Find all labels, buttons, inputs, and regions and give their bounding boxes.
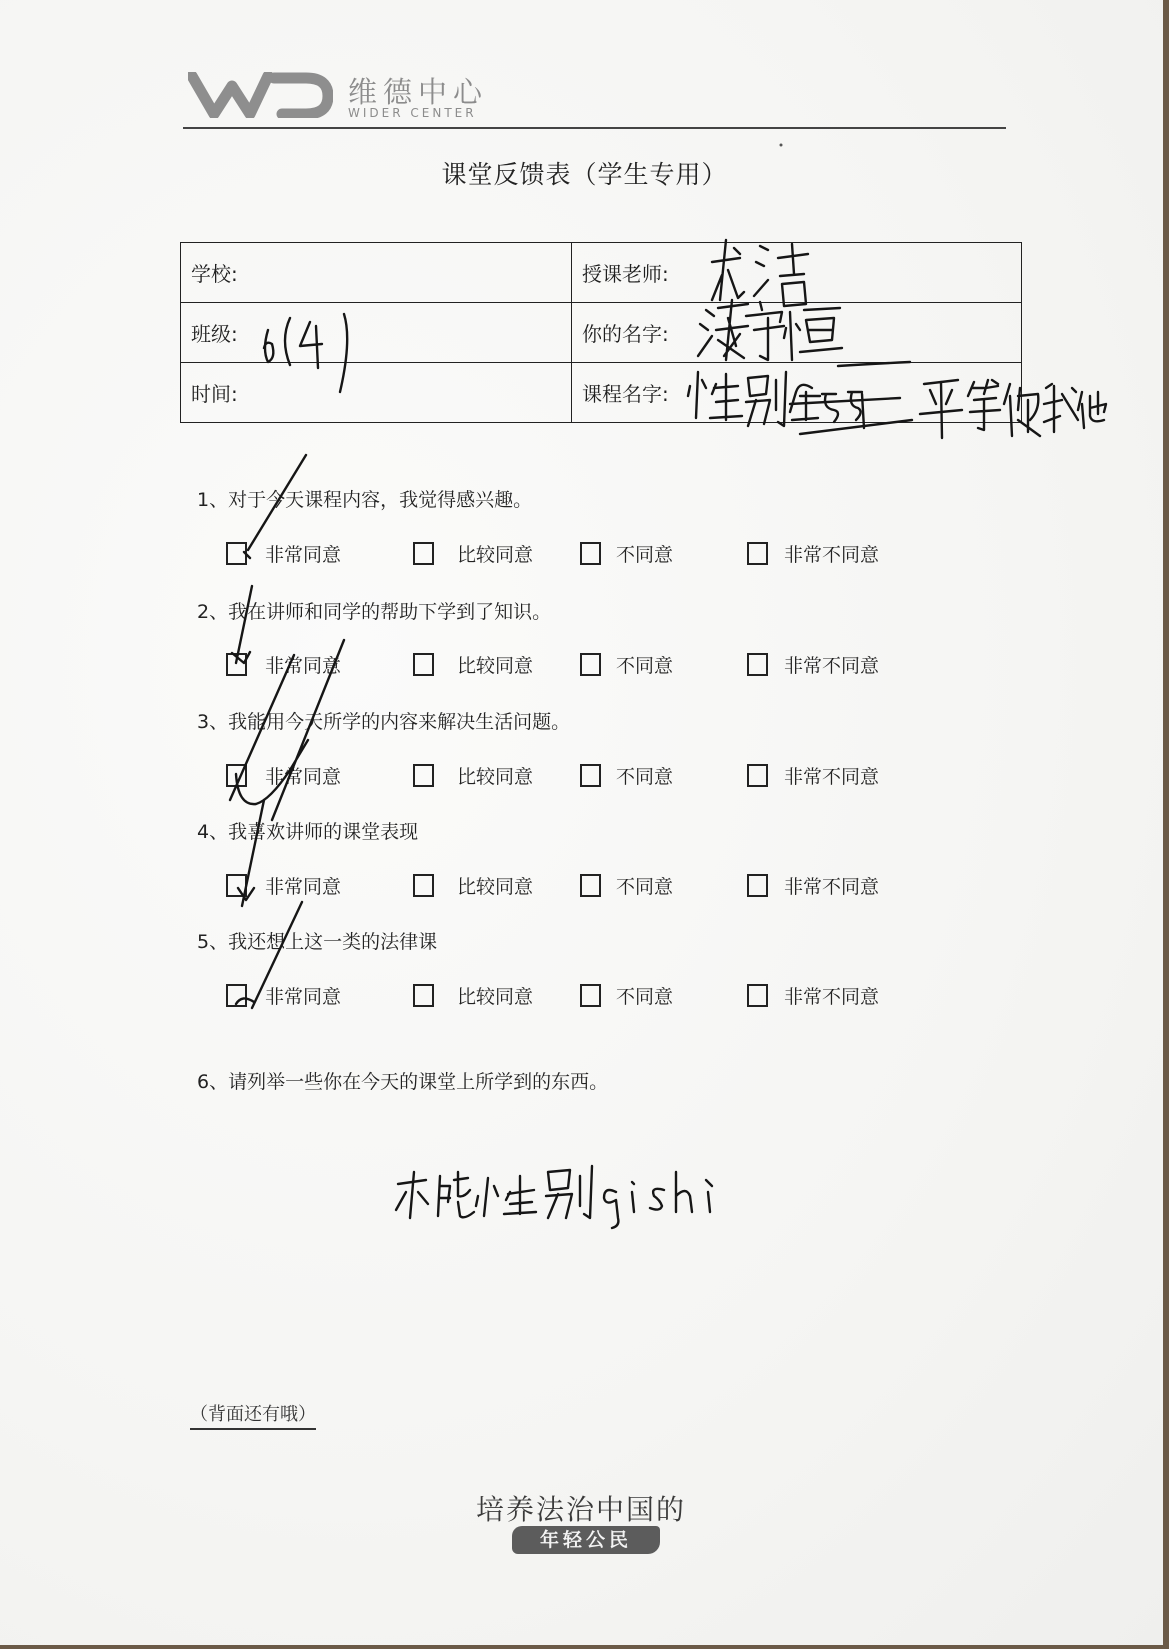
teacher-field[interactable]: 授课老师: xyxy=(572,243,1022,303)
option-label: 比较同意 xyxy=(457,982,533,1009)
option-label: 比较同意 xyxy=(457,651,533,678)
checkbox-q2-option-4[interactable] xyxy=(747,653,768,676)
org-logo: 维德中心 WIDER CENTER xyxy=(188,66,508,124)
question-4: 4、我喜欢讲师的课堂表现 xyxy=(197,817,418,844)
option-label: 非常同意 xyxy=(265,872,341,899)
form-title: 课堂反馈表（学生专用） xyxy=(0,155,1169,191)
checkbox-q2-option-2[interactable] xyxy=(413,653,434,676)
teacher-label: 授课老师: xyxy=(582,262,669,286)
info-table: 学校: 授课老师: 班级: 你的名字: 时间: 课程名字: xyxy=(180,242,1022,423)
option-label: 不同意 xyxy=(616,651,673,678)
option-label: 比较同意 xyxy=(457,540,533,567)
option-label: 不同意 xyxy=(616,762,673,789)
info-row-time: 时间: 课程名字: xyxy=(181,363,1022,423)
footer-slogan: 培养法治中国的 xyxy=(476,1488,686,1528)
course-name-field[interactable]: 课程名字: xyxy=(572,363,1022,423)
course-name-label: 课程名字: xyxy=(582,382,669,406)
question-5: 5、我还想上这一类的法律课 xyxy=(197,927,437,954)
checkbox-q1-option-3[interactable] xyxy=(580,542,601,565)
option-label: 非常同意 xyxy=(265,982,341,1009)
checkbox-q5-option-2[interactable] xyxy=(413,984,434,1007)
question-3-options: 非常同意比较同意不同意非常不同意 xyxy=(0,762,1000,788)
footer-badge: 年轻公民 xyxy=(512,1526,660,1554)
info-row-school: 学校: 授课老师: xyxy=(181,243,1022,303)
checkbox-q1-option-1[interactable] xyxy=(226,542,247,565)
option-label: 不同意 xyxy=(616,982,673,1009)
class-field[interactable]: 班级: xyxy=(181,303,572,363)
student-name-field[interactable]: 你的名字: xyxy=(572,303,1022,363)
header-divider xyxy=(183,127,1006,129)
open-question-6: 6、请列举一些你在今天的课堂上所学到的东西。 xyxy=(197,1067,608,1094)
checkbox-q5-option-3[interactable] xyxy=(580,984,601,1007)
wd-logo-icon xyxy=(188,72,333,118)
checkbox-q4-option-3[interactable] xyxy=(580,874,601,897)
org-name-cn: 维德中心 xyxy=(348,70,488,111)
checkbox-q3-option-1[interactable] xyxy=(226,764,247,787)
checkbox-q5-option-4[interactable] xyxy=(747,984,768,1007)
checkbox-q1-option-4[interactable] xyxy=(747,542,768,565)
option-label: 非常同意 xyxy=(265,540,341,567)
page-edge-right xyxy=(1163,0,1169,1649)
option-label: 非常不同意 xyxy=(784,651,879,678)
option-label: 非常同意 xyxy=(265,762,341,789)
checkbox-q3-option-4[interactable] xyxy=(747,764,768,787)
school-field[interactable]: 学校: xyxy=(181,243,572,303)
question-1-options: 非常同意比较同意不同意非常不同意 xyxy=(0,540,1000,566)
checkbox-q3-option-3[interactable] xyxy=(580,764,601,787)
checkbox-q1-option-2[interactable] xyxy=(413,542,434,565)
page-edge-bottom xyxy=(0,1645,1169,1649)
org-name-en: WIDER CENTER xyxy=(348,106,477,120)
option-label: 非常不同意 xyxy=(784,982,879,1009)
student-name-label: 你的名字: xyxy=(582,322,669,346)
checkbox-q4-option-1[interactable] xyxy=(226,874,247,897)
school-label: 学校: xyxy=(191,262,238,286)
checkbox-q4-option-4[interactable] xyxy=(747,874,768,897)
time-label: 时间: xyxy=(191,382,238,406)
checkbox-q3-option-2[interactable] xyxy=(413,764,434,787)
info-row-class: 班级: 你的名字: xyxy=(181,303,1022,363)
checkbox-q5-option-1[interactable] xyxy=(226,984,247,1007)
question-1: 1、对于今天课程内容，我觉得感兴趣。 xyxy=(197,485,532,512)
option-label: 非常不同意 xyxy=(784,872,879,899)
option-label: 非常同意 xyxy=(265,651,341,678)
option-label: 非常不同意 xyxy=(784,540,879,567)
checkbox-q2-option-3[interactable] xyxy=(580,653,601,676)
question-2-options: 非常同意比较同意不同意非常不同意 xyxy=(0,651,1000,677)
option-label: 比较同意 xyxy=(457,872,533,899)
option-label: 不同意 xyxy=(616,540,673,567)
checkbox-q4-option-2[interactable] xyxy=(413,874,434,897)
time-field[interactable]: 时间: xyxy=(181,363,572,423)
question-4-options: 非常同意比较同意不同意非常不同意 xyxy=(0,872,1000,898)
question-2: 2、我在讲师和同学的帮助下学到了知识。 xyxy=(197,597,551,624)
checkbox-q2-option-1[interactable] xyxy=(226,653,247,676)
question-3: 3、我能用今天所学的内容来解决生活问题。 xyxy=(197,707,570,734)
option-label: 不同意 xyxy=(616,872,673,899)
question-5-options: 非常同意比较同意不同意非常不同意 xyxy=(0,982,1000,1008)
back-side-note: （背面还有哦） xyxy=(190,1400,316,1430)
class-label: 班级: xyxy=(191,322,238,346)
option-label: 比较同意 xyxy=(457,762,533,789)
option-label: 非常不同意 xyxy=(784,762,879,789)
